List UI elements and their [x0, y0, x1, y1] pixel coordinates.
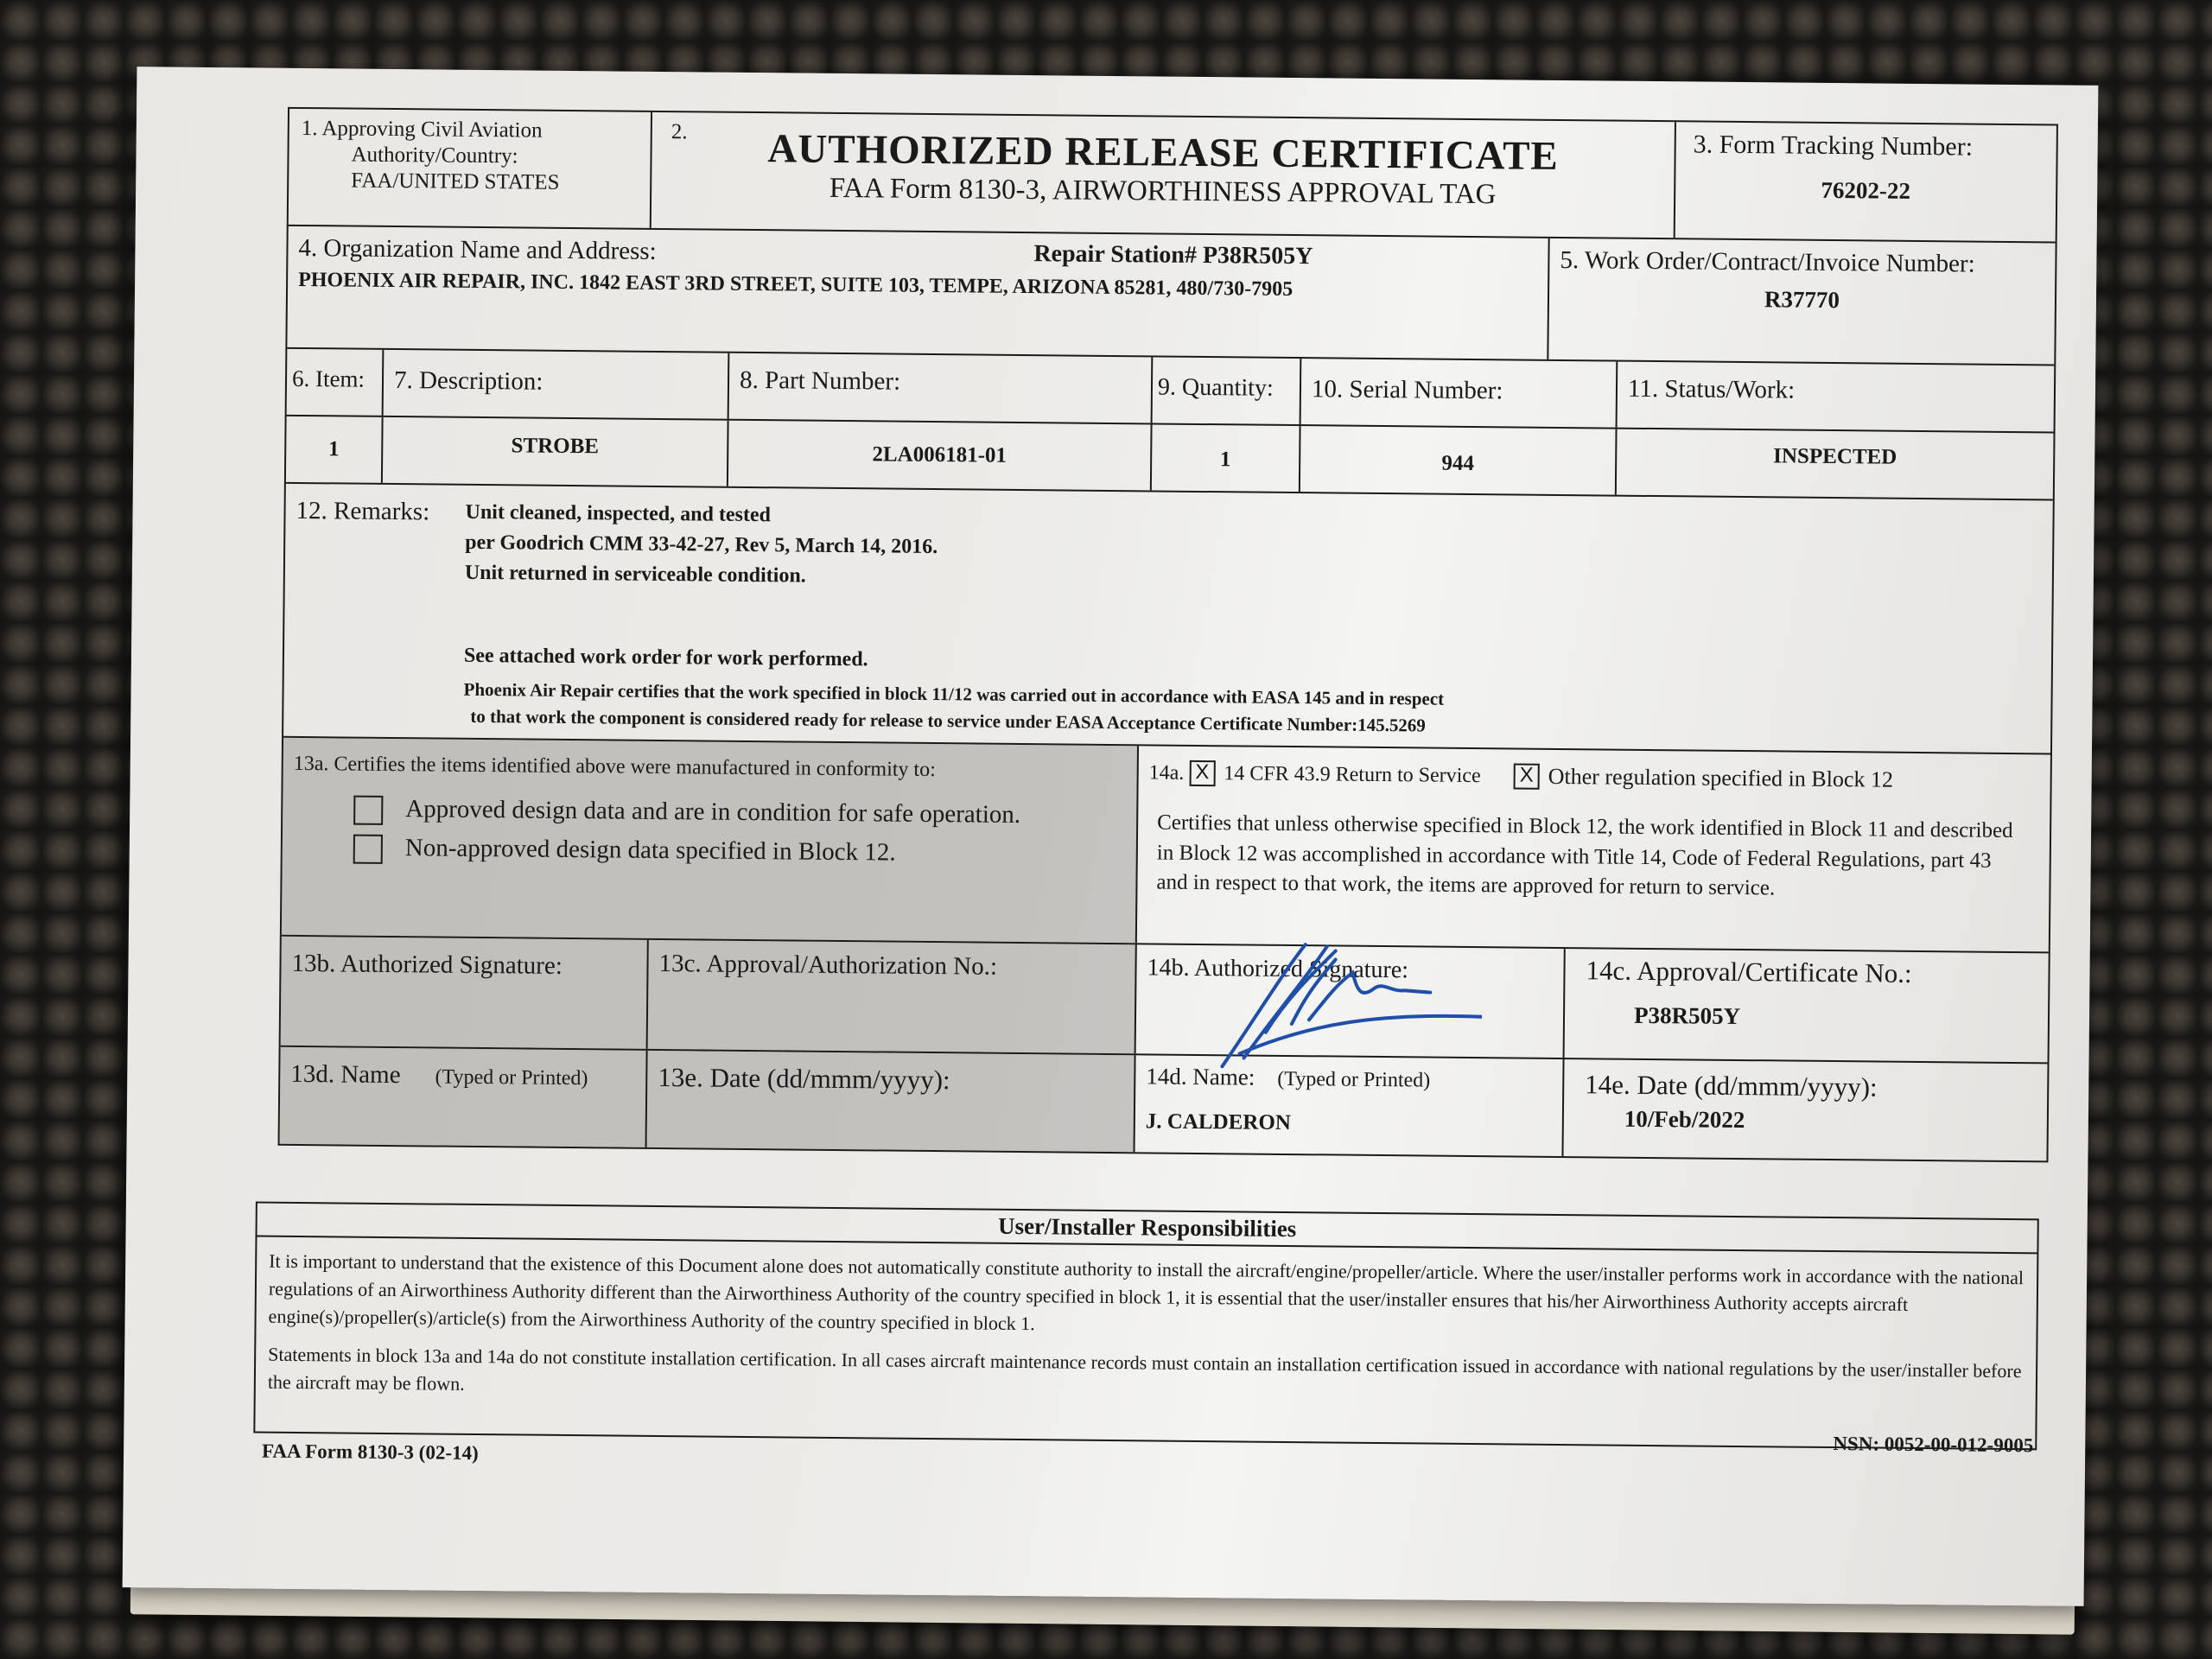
return-to-service-checkbox[interactable]: X: [1189, 760, 1215, 786]
approval-certificate-number: P38R505Y: [1634, 1002, 2037, 1033]
item-value: 1: [286, 416, 384, 483]
part-number-header: 8. Part Number:: [729, 353, 1154, 423]
quantity-header: 9. Quantity:: [1153, 357, 1302, 424]
block-13d-label: 13d. Name: [290, 1060, 401, 1089]
block-14b-label: 14b. Authorized Signature:: [1147, 953, 1553, 986]
block-14b: 14b. Authorized Signature:: [1136, 944, 1566, 1058]
remarks-line-2: per Goodrich CMM 33-42-27, Rev 5, March …: [465, 528, 938, 563]
item-header: 6. Item:: [287, 349, 385, 416]
serial-number-header: 10. Serial Number:: [1301, 359, 1618, 428]
block-13b-label: 13b. Authorized Signature:: [291, 949, 636, 982]
block-13a-option-approved[interactable]: Approved design data and are in conditio…: [353, 794, 1126, 832]
other-regulation-label: Other regulation specified in Block 12: [1548, 764, 1894, 793]
block-2: 2. AUTHORIZED RELEASE CERTIFICATE FAA Fo…: [652, 112, 1676, 238]
block-1: 1. Approving Civil Aviation Authority/Co…: [289, 109, 652, 228]
other-regulation-checkbox[interactable]: X: [1514, 763, 1540, 789]
repair-station-number: Repair Station# P38R505Y: [1033, 240, 1313, 273]
block-5: 5. Work Order/Contract/Invoice Number: R…: [1548, 238, 2055, 365]
name-date-row: 13d. Name (Typed or Printed) 13e. Date (…: [280, 1047, 2048, 1161]
block-14c-label: 14c. Approval/Certificate No.:: [1575, 954, 2037, 990]
block-14a: 14a. X 14 CFR 43.9 Return to Service X O…: [1137, 746, 2050, 951]
signature-row: 13b. Authorized Signature: 13c. Approval…: [281, 937, 2049, 1065]
block-13b: 13b. Authorized Signature:: [281, 937, 649, 1049]
block-2-number: 2.: [671, 119, 688, 145]
part-number-value: 2LA006181-01: [728, 421, 1153, 491]
printed-name: J. CALDERON: [1146, 1109, 1552, 1138]
block-14d-hint: (Typed or Printed): [1277, 1068, 1430, 1092]
block-4: 4. Organization Name and Address: Repair…: [287, 226, 1549, 359]
block-13e-label: 13e. Date (dd/mmm/yyyy):: [658, 1061, 1123, 1097]
organization-label: 4. Organization Name and Address:: [298, 233, 657, 267]
form-identifier: FAA Form 8130-3 (02-14): [262, 1440, 479, 1465]
block-12: 12. Remarks: Unit cleaned, inspected, an…: [283, 484, 2053, 755]
block-1-label-1: 1. Approving Civil Aviation: [302, 116, 640, 145]
return-to-service-label: 14 CFR 43.9 Return to Service: [1224, 762, 1481, 788]
block-14d-label: 14d. Name:: [1146, 1063, 1255, 1090]
work-order-number: R37770: [1560, 284, 2044, 315]
block-14e: 14e. Date (dd/mmm/yyyy): 10/Feb/2022: [1563, 1059, 2047, 1160]
remarks-line-3: Unit returned in serviceable condition.: [465, 557, 938, 592]
approved-design-label: Approved design data and are in conditio…: [405, 795, 1020, 829]
remarks-line-1: Unit cleaned, inspected, and tested: [465, 498, 938, 532]
certificate-page: 1. Approving Civil Aviation Authority/Co…: [123, 67, 2099, 1606]
block-13a: 13a. Certifies the items identified abov…: [282, 738, 1139, 943]
block-3: 3. Form Tracking Number: 76202-22: [1675, 122, 2056, 241]
serial-number-value: 944: [1300, 426, 1618, 495]
description-value: STROBE: [383, 417, 729, 486]
remarks-label: 12. Remarks:: [296, 496, 466, 588]
block-14e-label: 14e. Date (dd/mmm/yyyy):: [1574, 1068, 2037, 1104]
form-tracking-label: 3. Form Tracking Number:: [1687, 129, 2046, 163]
block-13d-hint: (Typed or Printed): [435, 1066, 588, 1090]
block-14c: 14c. Approval/Certificate No.: P38R505Y: [1565, 949, 2049, 1062]
responsibilities-paragraph-2: Statements in block 13a and 14a do not c…: [268, 1340, 2024, 1412]
certification-row: 13a. Certifies the items identified abov…: [282, 738, 2050, 954]
block-13a-option-nonapproved[interactable]: Non-approved design data specified in Bl…: [353, 834, 1126, 872]
block-13e: 13e. Date (dd/mmm/yyyy):: [647, 1051, 1136, 1152]
certificate-title: AUTHORIZED RELEASE CERTIFICATE: [662, 124, 1663, 181]
nsn-number: NSN: 0052-00-012-9005: [1833, 1433, 2033, 1457]
block-13c: 13c. Approval/Authorization No.:: [648, 940, 1137, 1053]
block-13c-label: 13c. Approval/Authorization No.:: [658, 949, 1124, 983]
status-work-value: INSPECTED: [1617, 429, 2054, 499]
description-header: 7. Description:: [384, 350, 730, 419]
form-tracking-number: 76202-22: [1686, 175, 2045, 206]
organization-address: PHOENIX AIR REPAIR, INC. 1842 EAST 3RD S…: [298, 269, 1537, 304]
certificate-form: 1. Approving Civil Aviation Authority/Co…: [278, 107, 2058, 1163]
responsibilities-paragraph-1: It is important to understand that the e…: [268, 1248, 2024, 1347]
block-1-label-2: Authority/Country:: [301, 142, 639, 171]
non-approved-design-label: Non-approved design data specified in Bl…: [405, 834, 896, 866]
approved-design-checkbox[interactable]: [353, 796, 383, 825]
work-order-label: 5. Work Order/Contract/Invoice Number:: [1560, 245, 2044, 280]
block-14a-statement: Certifies that unless otherwise specifie…: [1147, 808, 2039, 906]
block-14a-label: 14a.: [1149, 761, 1185, 785]
approval-date: 10/Feb/2022: [1624, 1106, 2037, 1137]
approving-authority-value: FAA/UNITED STATES: [301, 168, 639, 197]
user-installer-responsibilities: User/Installer Responsibilities It is im…: [253, 1202, 2038, 1451]
status-work-header: 11. Status/Work:: [1618, 362, 2055, 432]
non-approved-design-checkbox[interactable]: [353, 835, 383, 864]
block-13a-label: 13a. Certifies the items identified abov…: [294, 752, 1127, 785]
block-14d: 14d. Name: (Typed or Printed) J. CALDERO…: [1135, 1055, 1564, 1156]
block-13d: 13d. Name (Typed or Printed): [280, 1047, 648, 1147]
quantity-value: 1: [1152, 424, 1301, 492]
